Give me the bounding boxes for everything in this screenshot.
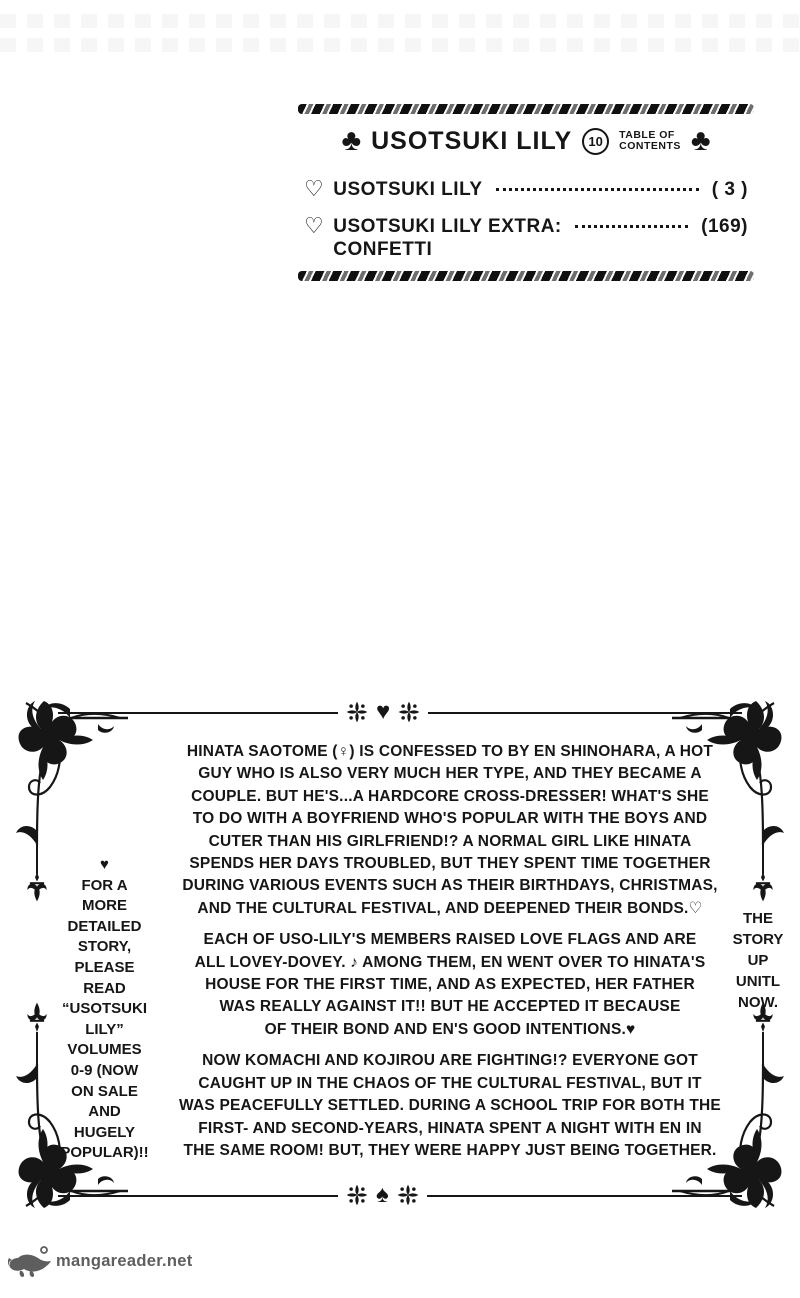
watermark-text: mangareader.net (56, 1252, 193, 1271)
heart-icon: ♥ (376, 700, 390, 724)
toc-entry-2: ♡ USOTSUKI LILY EXTRA: CONFETTI (169) (304, 215, 748, 261)
scan-noise-strip (0, 8, 800, 60)
watermark-logo-icon (8, 1244, 52, 1278)
club-icon-right: ♣ (691, 126, 711, 156)
frame-right-lower-line (762, 1032, 764, 1064)
heart-outline-icon: ♡ (304, 178, 324, 200)
fleur-de-lis-icon (752, 872, 774, 902)
toc-title-row: ♣ USOTSUKI LILY 10 TABLE OF CONTENTS ♣ (298, 126, 754, 156)
toc-border-top (298, 104, 754, 114)
frame-left-upper-line (36, 842, 38, 874)
dotted-leader (496, 178, 699, 191)
toc-entry-page: (169) (701, 215, 748, 238)
volume-number-badge: 10 (582, 128, 609, 155)
frame-bottom-ornament: ♠ (338, 1183, 427, 1207)
watermark: mangareader.net (8, 1244, 193, 1278)
toc-entry-label: USOTSUKI LILY EXTRA: CONFETTI (333, 215, 562, 261)
spade-icon: ♠ (376, 1183, 389, 1207)
frame-left-lower-line (36, 1032, 38, 1064)
frame-right-upper-line (762, 842, 764, 874)
summary-paragraph-1: HINATA SAOTOME (♀) IS CONFESSED TO BY EN… (160, 741, 740, 920)
dotted-leader (575, 215, 688, 228)
club-icon-left: ♣ (341, 126, 361, 156)
toc-entries: ♡ USOTSUKI LILY ( 3 ) ♡ USOTSUKI LILY EX… (298, 162, 754, 271)
toc-entry-1: ♡ USOTSUKI LILY ( 3 ) (304, 178, 748, 201)
toc-entry-label: USOTSUKI LILY (333, 178, 482, 201)
toc-entry-page: ( 3 ) (712, 178, 748, 201)
heart-outline-icon: ♡ (304, 215, 324, 237)
fleurette-icon (346, 701, 368, 723)
summary-paragraph-3: NOW KOMACHI AND KOJIROU ARE FIGHTING!? E… (160, 1050, 740, 1162)
toc-box: ♣ USOTSUKI LILY 10 TABLE OF CONTENTS ♣ ♡… (298, 104, 754, 281)
frame-top-ornament: ♥ (338, 700, 428, 724)
summary-paragraph-2: EACH OF USO-LILY'S MEMBERS RAISED LOVE F… (160, 929, 740, 1041)
corner-flourish-top-left (8, 697, 128, 847)
fleurette-icon (397, 1184, 419, 1206)
side-note-left: ♥ FOR A MORE DETAILED STORY, PLEASE READ… (42, 855, 167, 1164)
toc-title: USOTSUKI LILY (371, 127, 572, 156)
toc-border-bottom (298, 271, 754, 281)
fleurette-icon (398, 701, 420, 723)
fleurette-icon (346, 1184, 368, 1206)
summary-paragraphs: HINATA SAOTOME (♀) IS CONFESSED TO BY EN… (160, 741, 740, 1171)
manga-page: { "toc": { "club_icon": "♣", "title": "U… (0, 0, 800, 1298)
toc-subtitle: TABLE OF CONTENTS (619, 130, 681, 152)
